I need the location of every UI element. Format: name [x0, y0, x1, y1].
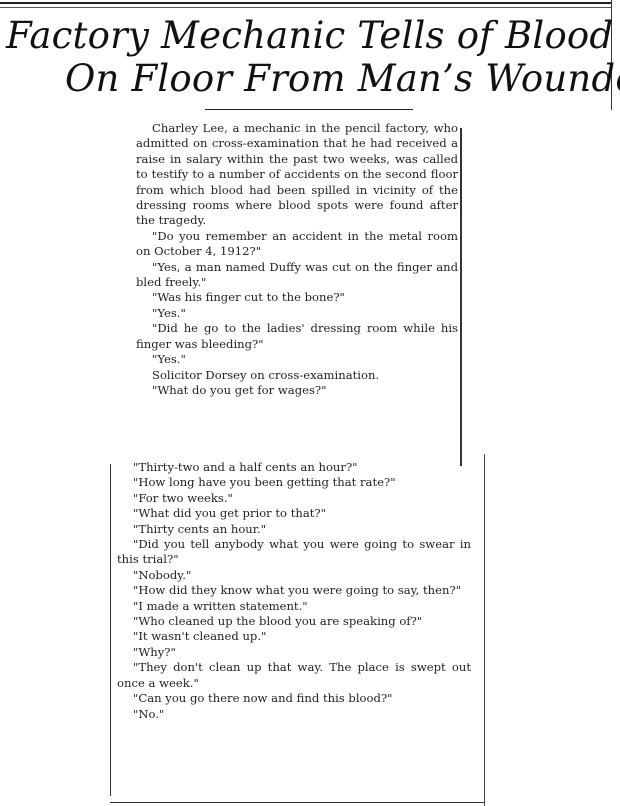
headline-line-2: On Floor From Man’s Wounded Hand	[65, 57, 620, 100]
column-2-right-border	[484, 454, 485, 806]
article-paragraph: "Nobody."	[117, 568, 471, 583]
headline-divider	[205, 109, 413, 110]
article-paragraph: "Who cleaned up the blood you are speaki…	[117, 614, 471, 629]
headline-line-1: Factory Mechanic Tells of Blood	[6, 14, 613, 57]
article-paragraph: "Did you tell anybody what you were goin…	[117, 537, 471, 568]
article-paragraph: "Did he go to the ladies' dressing room …	[136, 321, 458, 352]
article-paragraph: "For two weeks."	[117, 491, 471, 506]
article-paragraph: "Why?"	[117, 645, 471, 660]
column-2-left-border	[110, 464, 111, 796]
article-paragraph: "Was his finger cut to the bone?"	[136, 290, 458, 305]
article-paragraph: "What did you get prior to that?"	[117, 506, 471, 521]
article-paragraph: "Do you remember an accident in the meta…	[136, 229, 458, 260]
article-column-2: "Thirty-two and a half cents an hour?" "…	[117, 460, 471, 722]
article-paragraph: "No."	[117, 707, 471, 722]
article-paragraph: "Yes."	[136, 306, 458, 321]
article-paragraph: "What do you get for wages?"	[136, 383, 458, 398]
article-paragraph: "They don't clean up that way. The place…	[117, 660, 471, 691]
bottom-column-rule	[110, 802, 484, 803]
article-paragraph: "Thirty cents an hour."	[117, 522, 471, 537]
column-1-border	[460, 128, 462, 466]
article-paragraph: "Yes, a man named Duffy was cut on the f…	[136, 260, 458, 291]
article-paragraph: "Yes."	[136, 352, 458, 367]
top-column-rule	[0, 2, 612, 8]
article-paragraph: Solicitor Dorsey on cross-examination.	[136, 368, 458, 383]
article-column-1: Charley Lee, a mechanic in the pencil fa…	[136, 121, 458, 398]
article-paragraph: "How long have you been getting that rat…	[117, 475, 471, 490]
article-paragraph: "Thirty-two and a half cents an hour?"	[117, 460, 471, 475]
article-paragraph: "Can you go there now and find this bloo…	[117, 691, 471, 706]
article-paragraph: "I made a written statement."	[117, 599, 471, 614]
article-paragraph: Charley Lee, a mechanic in the pencil fa…	[136, 121, 458, 229]
article-paragraph: "It wasn't cleaned up."	[117, 629, 471, 644]
article-paragraph: "How did they know what you were going t…	[117, 583, 471, 598]
